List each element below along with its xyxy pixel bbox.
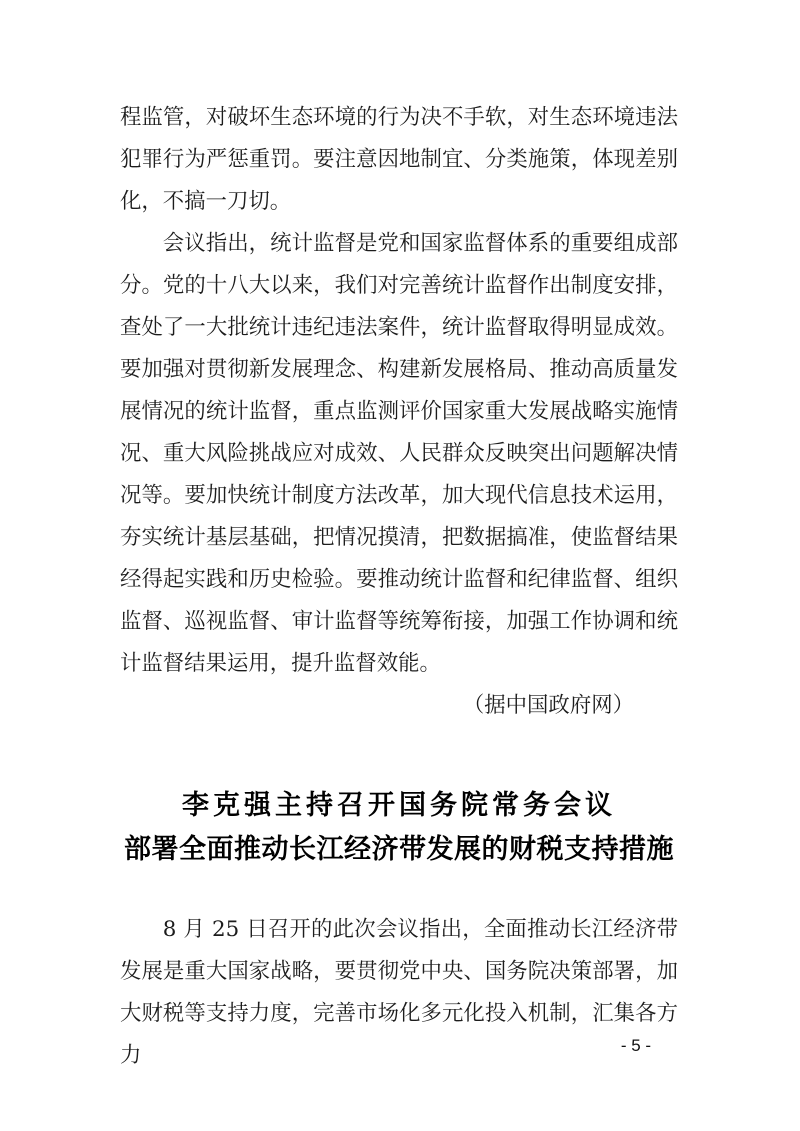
paragraph-yangtze-opening: 8 月 25 日召开的此次会议指出，全面推动长江经济带发展是重大国家战略，要贯彻… — [120, 909, 678, 1077]
article-title: 李克强主持召开国务院常务会议 部署全面推动长江经济带发展的财税支持措施 — [120, 784, 678, 872]
document-page: 程监管，对破坏生态环境的行为决不手软，对生态环境违法犯罪行为严惩重罚。要注意因地… — [0, 0, 800, 1131]
article-title-line-1: 李克强主持召开国务院常务会议 — [120, 784, 678, 828]
state-council-article-body: 8 月 25 日召开的此次会议指出，全面推动长江经济带发展是重大国家战略，要贯彻… — [120, 909, 678, 1077]
page-number: - 5 - — [598, 1036, 674, 1056]
paragraph-statistics-supervision: 会议指出，统计监督是党和国家监督体系的重要组成部分。党的十八大以来，我们对完善统… — [120, 223, 678, 685]
paragraph-ecology-continued: 程监管，对破坏生态环境的行为决不手软，对生态环境违法犯罪行为严惩重罚。要注意因地… — [120, 97, 678, 223]
statistics-article-body: 程监管，对破坏生态环境的行为决不手软，对生态环境违法犯罪行为严惩重罚。要注意因地… — [120, 97, 678, 727]
source-attribution: （据中国政府网） — [120, 685, 678, 727]
article-title-line-2: 部署全面推动长江经济带发展的财税支持措施 — [120, 828, 678, 872]
